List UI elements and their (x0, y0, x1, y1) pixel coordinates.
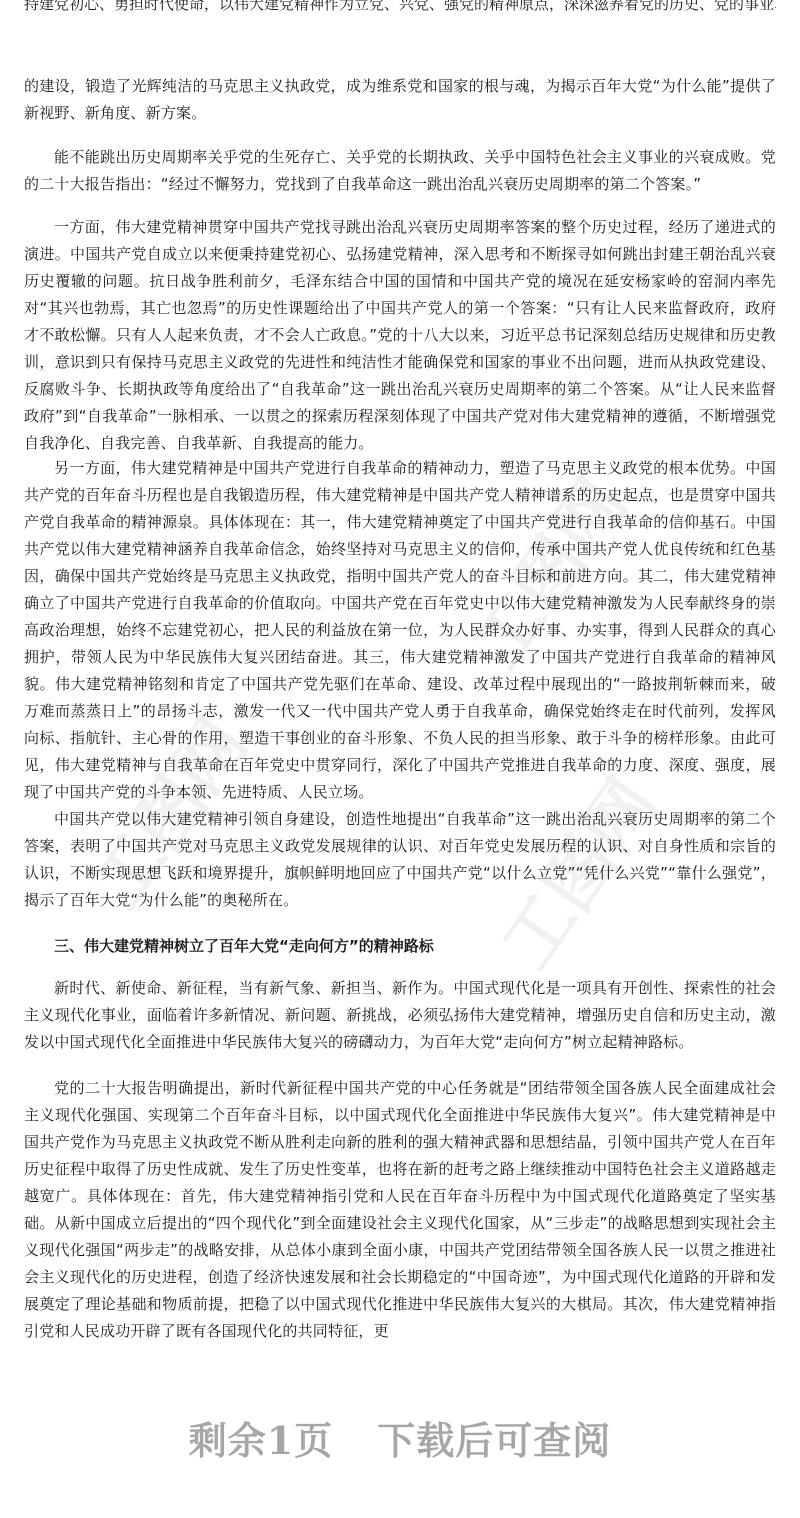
paragraph: 党的二十大报告明确提出，新时代新征程中国共产党的中心任务就是“团结带领全国各族人… (24, 1075, 776, 1345)
paragraph: 的建设，锻造了光辉纯洁的马克思主义执政党，成为维系党和国家的根与魂，为揭示百年大… (24, 73, 776, 127)
paragraph: 能不能跳出历史周期率关乎党的生死存亡、关乎党的长期执政、关乎中国特色社会主义事业… (24, 144, 776, 198)
paragraph: 另一方面，伟大建党精神是中国共产党进行自我革命的精神动力，塑造了马克思主义政党的… (24, 455, 776, 806)
download-prompt-banner[interactable]: 剩余1页下载后可查阅 (0, 1410, 800, 1465)
section-heading: 三、伟大建党精神树立了百年大党“走向何方”的精神路标 (24, 933, 776, 960)
remaining-pages-label: 剩余1页 (189, 1410, 333, 1465)
download-to-view-label: 下载后可查阅 (377, 1410, 611, 1465)
paragraph: 中国共产党以伟大建党精神引领自身建设，创造性地提出“自我革命”这一跳出治乱兴衰历… (24, 806, 776, 914)
paragraph: 一方面，伟大建党精神贯穿中国共产党找寻跳出治乱兴衰历史周期率答案的整个历史过程，… (24, 214, 776, 457)
cut-off-top-line: 持建党初心、勇担时代使命，以伟大建党精神作为立党、兴党、强党的精神原点，深深滋养… (24, 0, 776, 18)
paragraph: 新时代、新使命、新征程，当有新气象、新担当、新作为。中国式现代化是一项具有开创性… (24, 975, 776, 1056)
